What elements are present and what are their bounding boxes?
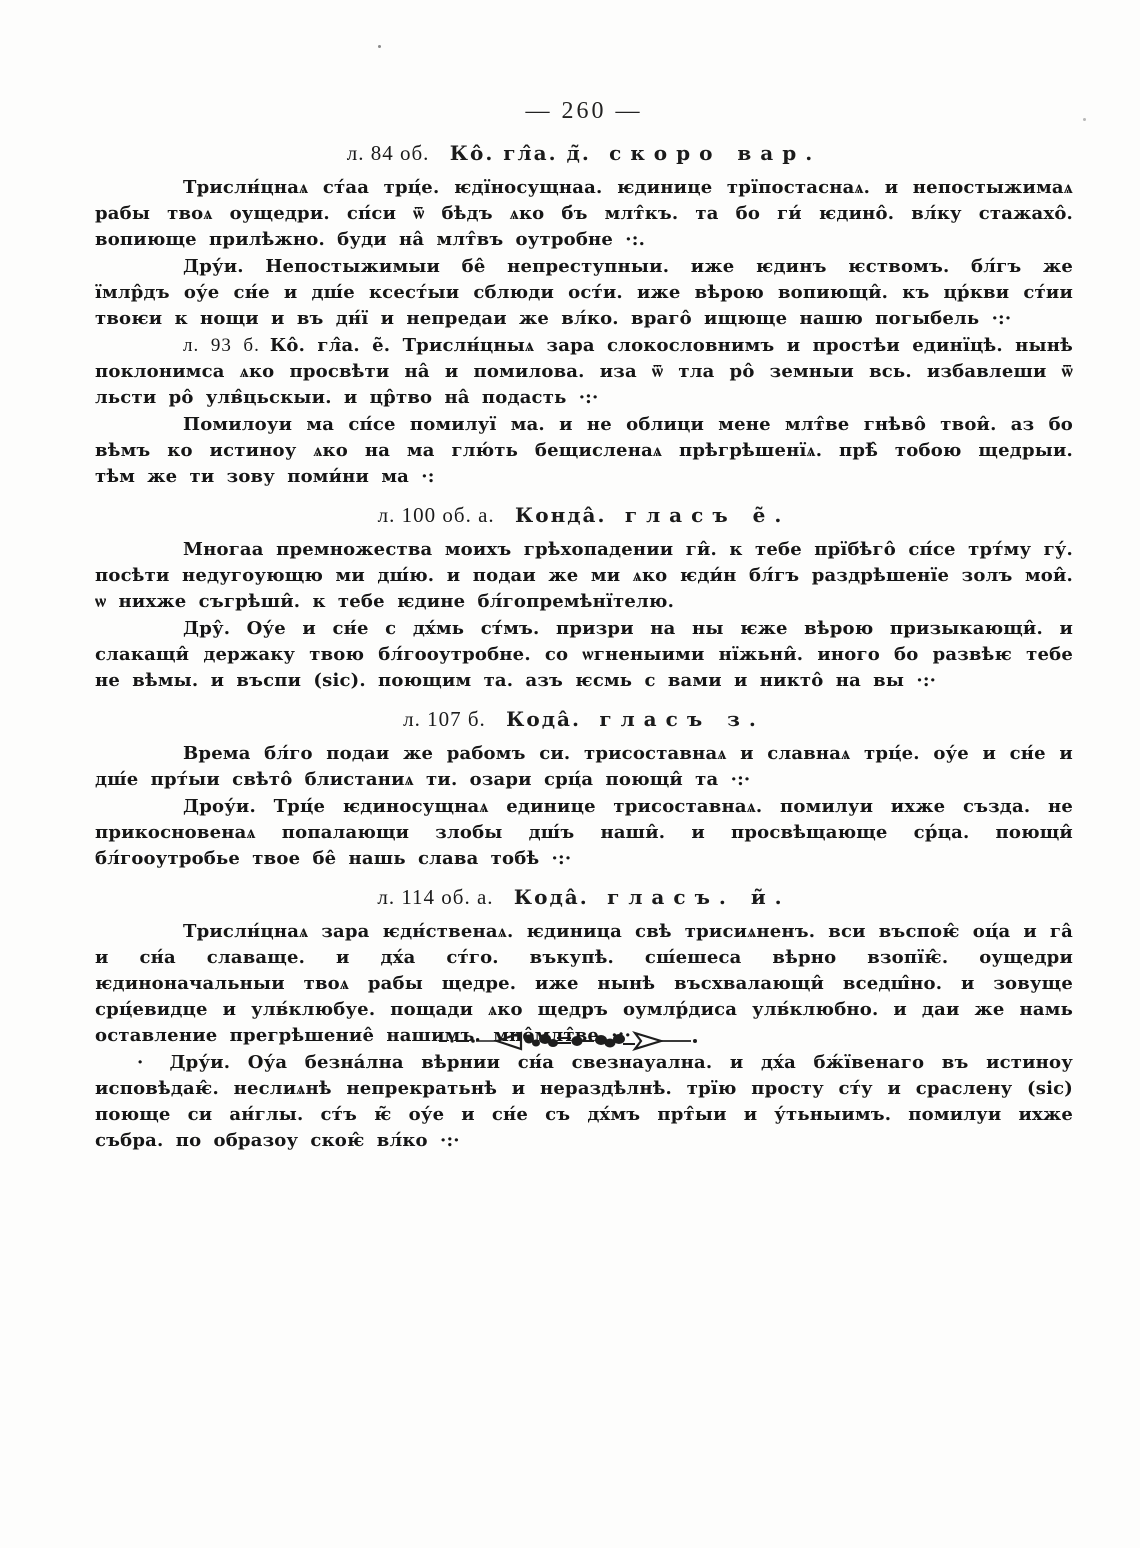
paragraph: Дру́и. Непостыжимыи бе̂ непреступныи. иж… bbox=[95, 254, 1073, 332]
paragraph-marker: · bbox=[137, 1052, 143, 1073]
paragraph: Трислн́цнаѧ ст́аа трц́е. ѥдїносущнаа. ѥд… bbox=[95, 175, 1073, 253]
scan-speck bbox=[378, 45, 381, 48]
paragraph: Многаа премножества моихъ грѣхопадении г… bbox=[95, 537, 1073, 615]
section-subtitle: гласъ з. bbox=[599, 707, 765, 731]
paragraph: Помилоуи ма сп́се помилуї ма. и не облиц… bbox=[95, 412, 1073, 490]
folio-reference: л. 107 б. bbox=[403, 707, 486, 731]
paragraph: Врема бл́го подаи же рабомъ си. трисоста… bbox=[95, 741, 1073, 793]
section-heading: л. 100 об. а. Конда̂. гласъ е̃. bbox=[95, 503, 1073, 528]
paragraph: Дру̂. Оу́е и сн́е с дх́мь ст́мъ. призри … bbox=[95, 616, 1073, 694]
section-title: Ко̂. гл̂а. д̃. bbox=[450, 141, 591, 165]
scan-speck bbox=[569, 1012, 572, 1015]
paragraph-text: Врема бл́го подаи же рабомъ си. трисоста… bbox=[95, 743, 1073, 790]
paragraph-text: Многаа премножества моихъ грѣхопадении г… bbox=[95, 539, 1073, 612]
paragraph: ·Дру́и. Оу́а безна́лна вѣрнии сн́а свезн… bbox=[95, 1050, 1073, 1154]
section-subtitle: гласъ. и̃. bbox=[607, 885, 791, 909]
paragraph-text: Дру́и. Непостыжимыи бе̂ непреступныи. иж… bbox=[95, 256, 1073, 329]
folio-reference: л. 100 об. а. bbox=[378, 503, 495, 527]
section-heading: л. 84 об. Ко̂. гл̂а. д̃. скоро вар. bbox=[95, 141, 1073, 166]
section-heading: л. 114 об. а. Кода̂. гласъ. и̃. bbox=[95, 885, 1073, 910]
section-title: Кода̂. bbox=[506, 707, 581, 731]
paragraph-text: Дроу́и. Трц́е ѥдиносущнаѧ единице трисос… bbox=[95, 796, 1073, 869]
section-heading: л. 107 б. Кода̂. гласъ з. bbox=[95, 707, 1073, 732]
section-subtitle: гласъ е̃. bbox=[625, 503, 791, 527]
folio-reference: л. 84 об. bbox=[347, 141, 430, 165]
folio-reference: л. 114 об. а. bbox=[377, 885, 493, 909]
paragraph: л. 93 б.Ко̂. гл̂а. е̃. Трислн́цныѧ зара … bbox=[95, 333, 1073, 411]
paragraph-text: Дру̂. Оу́е и сн́е с дх́мь ст́мъ. призри … bbox=[95, 618, 1073, 691]
typographic-vignette-icon bbox=[439, 1028, 701, 1052]
section-title: Конда̂. bbox=[515, 503, 606, 527]
section-subtitle: скоро вар. bbox=[609, 141, 821, 165]
text-block: — 260 — л. 84 об. Ко̂. гл̂а. д̃. скоро в… bbox=[95, 98, 1073, 1155]
paragraph: Дроу́и. Трц́е ѥдиносущнаѧ единице трисос… bbox=[95, 794, 1073, 872]
folio-reference: л. 93 б. bbox=[183, 335, 270, 356]
paragraph-text: Дру́и. Оу́а безна́лна вѣрнии сн́а свезна… bbox=[95, 1052, 1073, 1151]
page-number: — 260 — bbox=[95, 98, 1073, 125]
paragraph-text: Трислн́цнаѧ ст́аа трц́е. ѥдїносущнаа. ѥд… bbox=[95, 177, 1073, 250]
paragraph-text: Помилоуи ма сп́се помилуї ма. и не облиц… bbox=[95, 414, 1073, 487]
scan-speck bbox=[1083, 118, 1086, 121]
section-title: Кода̂. bbox=[514, 885, 589, 909]
book-page: — 260 — л. 84 об. Ко̂. гл̂а. д̃. скоро в… bbox=[0, 0, 1140, 1548]
